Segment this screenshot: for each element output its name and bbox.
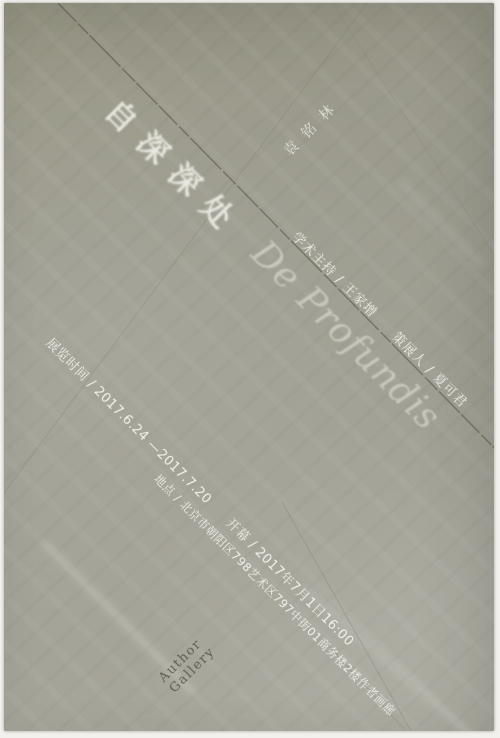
crease-line	[332, 3, 494, 264]
photo-frame: { "poster": { "title_cn": "自深深处", "title…	[0, 0, 500, 738]
poster-photo: 自深深处 De Profundis 袁铭林 学术主持 / 王家增 策展人 / 夏…	[4, 3, 494, 731]
paper-sheen	[400, 181, 482, 265]
